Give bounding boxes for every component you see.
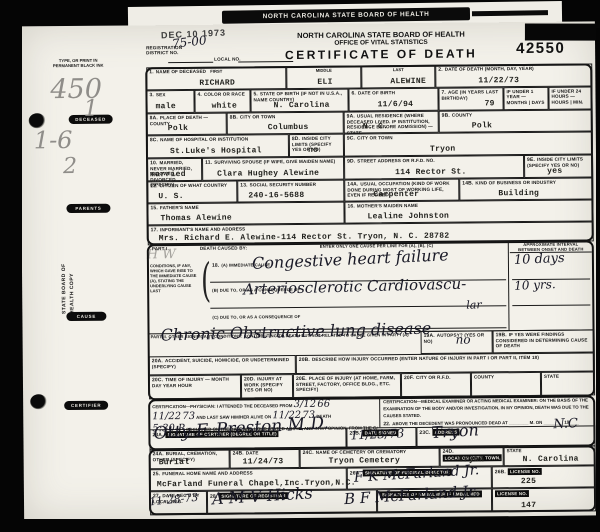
field-under-24-hours: IF UNDER 24 HOURS — HOURS | MIN.	[548, 86, 592, 109]
certificate-number: 42550	[516, 40, 565, 57]
me-pronounced-line: ABOVE THE DECEDENT WAS PRONOUNCED DEAD A…	[392, 420, 579, 427]
field-sex: 3.SEXmale	[146, 90, 194, 113]
pencil-mark-2: 2	[63, 154, 77, 179]
field-state-of-birth: 5.STATE OF BIRTH (IF NOT IN U.S.A., NAME…	[250, 89, 348, 113]
address-state-value: N.C	[553, 416, 578, 432]
name-first-sublabel: FIRST	[210, 69, 222, 74]
date-of-birth-num: 6.	[351, 91, 356, 97]
accident-type-label: ACCIDENT, SUICIDE, HOMICIDE, OR UNDETERM…	[152, 357, 289, 369]
field-ssn: 13.SOCIAL SECURITY NUMBER240-16-5688	[237, 180, 344, 203]
informant-label: INFORMANT'S NAME AND ADDRESS	[160, 226, 245, 232]
father-name-value: Thomas Alewine	[161, 214, 232, 224]
how-injury-num: 20b.	[299, 357, 310, 363]
sex-label: SEX	[156, 92, 166, 97]
citizen-of-label: CITIZEN OF WHAT COUNTRY	[160, 183, 228, 189]
field-residence-county: 9b.COUNTYPolk	[439, 109, 593, 132]
burial-date-num: 24b.	[233, 450, 244, 456]
funeral-home-num: 25.	[153, 471, 160, 477]
field-date-of-birth: 6.DATE OF BIRTH11/6/94	[348, 88, 438, 112]
name-first-value: RICHARD	[199, 79, 235, 88]
field-race: 4.COLOR OR RACEwhite	[194, 89, 250, 112]
name-last-value: ALEWINE	[390, 77, 426, 86]
burial-state-label: STATE	[507, 448, 522, 453]
address-num: 23c.	[419, 430, 430, 436]
race-num: 4.	[197, 92, 202, 98]
field-injury-at-work: 20d.INJURY AT WORK (SPECIFY YES OR NO)	[241, 374, 293, 398]
street-address-value: 114 Rector St.	[395, 168, 466, 178]
funeral-director-license-label: LICENSE NO.	[508, 468, 542, 475]
funeral-home-label: FUNERAL HOME NAME AND ADDRESS	[162, 470, 253, 476]
field-name-first: 1.NAME OF DECEASEDFIRSTRICHARD	[146, 66, 286, 90]
copy-designation-label: STATE BOARD OF HEALTH COPY	[60, 254, 91, 314]
scan-edge-right	[596, 28, 600, 532]
sex-value: male	[156, 102, 176, 111]
under-1-year-label: IF UNDER 1 YEAR — MONTHS | DAYS	[506, 89, 544, 105]
attended-from-label: I ATTENDED THE DECEASED FROM	[217, 403, 293, 409]
pencil-mark-1: 1	[83, 96, 98, 122]
residence-county-num: 9b.	[442, 113, 450, 119]
field-mother-name: 16.MOTHER'S MAIDEN NAMELealine Johnston	[344, 199, 593, 223]
cause-c-label: (c) DUE TO, OR AS A CONSEQUENCE OF	[212, 315, 300, 321]
surviving-spouse-value: Clara Hughey Alewine	[217, 169, 319, 179]
field-date-of-death: 2.DATE OF DEATH (MONTH, DAY, YEAR)11/22/…	[435, 63, 592, 87]
date-of-death-label: DATE OF DEATH (MONTH, DAY, YEAR)	[445, 66, 534, 72]
city-of-death-num: 8b.	[230, 115, 238, 121]
father-name-num: 15.	[150, 205, 157, 211]
date-of-birth-label: DATE OF BIRTH	[358, 90, 395, 95]
date-of-death-num: 2.	[438, 67, 443, 73]
embalmer-license-value: 147	[521, 501, 536, 510]
field-injury-county: COUNTY	[471, 372, 541, 397]
residence-county-label: COUNTY	[452, 112, 472, 117]
burial-date-label: DATE	[246, 450, 259, 455]
tab-certifier: CERTIFIER	[64, 401, 108, 410]
residence-inside-city-limits-value: yes	[547, 167, 562, 176]
hole-punch-bottom	[30, 394, 47, 409]
field-occupation: 14a.USUAL OCCUPATION (KIND OF WORK DONE …	[344, 179, 459, 202]
field-surviving-spouse: 11.SURVIVING SPOUSE (IF WIFE, GIVE MAIDE…	[202, 157, 344, 181]
field-age: 7.AGE (IN YEARS LAST BIRTHDAY)79	[438, 87, 503, 111]
race-value: white	[212, 102, 238, 111]
field-burial-date: 24b.DATE11/24/73	[230, 448, 300, 469]
interval-a-value: 10 days	[514, 251, 565, 268]
name-first-label: NAME OF DECEASED	[156, 69, 206, 74]
hospital-value: St.Luke's Hospital	[170, 146, 262, 156]
residence-city-value: Tryon	[430, 145, 456, 154]
field-street-address: 9d.STREET ADDRESS OR R.F.D. NO.114 Recto…	[344, 155, 524, 180]
attended-to-date: 11/22	[152, 411, 181, 422]
field-under-1-year: IF UNDER 1 YEAR — MONTHS | DAYS	[503, 87, 548, 110]
surviving-spouse-num: 11.	[205, 160, 212, 166]
time-of-injury-label: TIME OF INJURY — MONTH DAY YEAR HOUR	[152, 377, 229, 389]
field-injury-state: STATE	[541, 371, 595, 395]
field-accident-type: 20a.ACCIDENT, SUICIDE, HOMICIDE, OR UNDE…	[149, 355, 296, 375]
field-death-inside-city-limits: 8d.INSIDE CITY LIMITS (SPECIFY YES OR NO…	[289, 134, 344, 157]
informant-value: Mrs. Richard E. Alewine-114 Rector St. T…	[159, 232, 450, 244]
attended-from-date: 3/12	[294, 399, 317, 410]
autopsy-value: no	[456, 333, 471, 347]
part1-caused-by-label: DEATH CAUSED BY:	[200, 245, 247, 251]
pencil-mark-1-6: 1-6	[34, 126, 73, 154]
field-autopsy-findings: 19b.IF YES WERE FINDINGS CONSIDERED IN D…	[493, 329, 595, 353]
field-county-of-death: 8a.PLACE OF DEATH — COUNTYPolk	[147, 113, 227, 136]
field-embalmer-license: LICENSE NO.147	[492, 487, 596, 512]
date-of-death-value: 11/22/73	[478, 76, 519, 85]
hospital-label: NAME OF HOSPITAL OR INSTITUTION	[160, 136, 248, 142]
injury-state-label: STATE	[544, 374, 559, 379]
surviving-spouse-label: SURVIVING SPOUSE (IF WIFE, GIVE MAIDEN N…	[214, 159, 335, 165]
hospital-num: 8c.	[150, 137, 158, 143]
tab-cause: CAUSE	[66, 312, 106, 321]
field-hospital: 8c.NAME OF HOSPITAL OR INSTITUTIONSt.Luk…	[147, 134, 289, 158]
field-burial-state: STATEN. Carolina	[504, 445, 596, 466]
injury-county-label: COUNTY	[474, 374, 494, 379]
death-certificate-scan: NORTH CAROLINA STATE BOARD OF HEALTH DEC…	[0, 0, 600, 532]
place-of-injury-label: PLACE OF INJURY (AT HOME, FARM, STREET, …	[296, 375, 395, 392]
burial-date-value: 11/24/73	[243, 457, 284, 466]
cemetery-value: Tryon Cemetery	[329, 456, 400, 466]
mother-name-label: MOTHER'S MAIDEN NAME	[357, 203, 418, 209]
conditions-note: CONDITIONS, IF ANY, WHICH GAVE RISE TO T…	[150, 263, 198, 293]
industry-value: Building	[498, 189, 539, 198]
injury-city-label: CITY OR R.F.D.	[416, 375, 451, 380]
scan-edge-left	[0, 0, 22, 532]
funeral-director-license-value: 225	[521, 477, 536, 486]
citizen-of-num: 12.	[150, 183, 157, 189]
scan-artifact-block	[525, 24, 600, 41]
sex-num: 3.	[149, 92, 154, 98]
funeral-director-license-num: 26b.	[495, 469, 506, 475]
field-name-middle: MIDDLEELI	[286, 65, 361, 89]
autopsy-findings-label: IF YES WERE FINDINGS CONSIDERED IN DETER…	[496, 332, 588, 349]
county-of-death-value: Polk	[168, 124, 188, 133]
field-residence-state: 9a.USUAL RESIDENCE (WHERE DECEASED LIVED…	[344, 111, 439, 134]
me-cert-title: CERTIFICATION—MEDICAL EXAMINER OR ACTING…	[383, 398, 538, 404]
name-last-sublabel: LAST	[393, 67, 404, 72]
field-father-name: 15.FATHER'S NAMEThomas Alewine	[147, 202, 344, 226]
residence-state-value: N. C.	[363, 122, 389, 131]
field-marital-status: 10.MARRIED, NEVER MARRIED, WIDOWED, DIVO…	[147, 158, 202, 181]
how-injury-label: DESCRIBE HOW INJURY OCCURRED (ENTER NATU…	[312, 355, 539, 362]
part1-item-num: 18.	[212, 263, 219, 269]
name-first-num: 1.	[149, 69, 154, 75]
informant-num: 17.	[151, 227, 158, 233]
city-of-death-label: CITY OR TOWN	[240, 114, 276, 119]
field-city-of-death: 8b.CITY OR TOWNColumbus	[227, 112, 344, 135]
ssn-label: SOCIAL SECURITY NUMBER	[250, 182, 316, 188]
name-middle-value: ELI	[317, 78, 332, 87]
field-how-injury: 20b.DESCRIBE HOW INJURY OCCURRED (ENTER …	[296, 352, 595, 374]
field-residence-city: 9c.CITY OR TOWNTryon	[344, 131, 593, 156]
cause-b-cont: lar	[466, 298, 482, 311]
father-name-label: FATHER'S NAME	[160, 205, 199, 210]
date-of-birth-value: 11/6/94	[378, 100, 414, 109]
burial-state-value: N. Carolina	[523, 455, 579, 464]
ink-instruction: TYPE, OR PRINT IN PERMANENT BLACK INK	[50, 58, 106, 69]
cause-brace: (	[201, 253, 211, 307]
residence-city-label: CITY OR TOWN	[357, 135, 393, 140]
certificate-title: CERTIFICATE OF DEATH	[266, 46, 496, 62]
field-burial: 24a.BURIAL, CREMATION, OTHER (SPECIFY)Bu…	[150, 449, 230, 470]
local-no-label: LOCAL NO.	[214, 57, 241, 63]
injury-city-num: 20f.	[404, 375, 414, 381]
industry-num: 14b.	[462, 180, 473, 186]
street-address-label: STREET ADDRESS OR R.F.D. NO.	[357, 158, 435, 164]
field-citizen-of: 12.CITIZEN OF WHAT COUNTRYU. S.	[147, 181, 237, 204]
date-signed-value: 11/23/73	[350, 426, 404, 442]
state-of-birth-value: N. Carolina	[274, 101, 330, 110]
interval-b-value: 10 yrs.	[514, 277, 556, 293]
under-24-hours-label: IF UNDER 24 HOURS — HOURS | MIN.	[551, 89, 583, 105]
age-value: 79	[485, 99, 495, 108]
mother-name-num: 16.	[347, 204, 354, 210]
part1-label: PART I.	[152, 246, 169, 252]
residence-county-value: Polk	[472, 121, 492, 130]
race-label: COLOR OR RACE	[204, 91, 245, 96]
burial-value: Burial	[159, 458, 190, 467]
physician-cert-title: CERTIFICATION—PHYSICIAN:	[152, 404, 215, 410]
death-inside-city-limits-value: no	[308, 146, 318, 155]
field-industry: 14b.KIND OF BUSINESS OR INDUSTRYBuilding	[459, 177, 593, 200]
citizen-of-value: U. S.	[158, 192, 184, 201]
cemetery-num: 24c.	[303, 450, 314, 456]
residence-city-num: 9c.	[347, 136, 355, 142]
ssn-num: 13.	[240, 182, 247, 188]
street-address-num: 9d.	[347, 159, 355, 165]
attended-from-year: 66	[317, 399, 330, 410]
field-place-of-injury: 20e.PLACE OF INJURY (AT HOME, FARM, STRE…	[293, 373, 401, 398]
ssn-value: 240-16-5688	[248, 191, 304, 200]
marital-status-value: married	[150, 170, 186, 179]
field-funeral-director-license: 26b.LICENSE NO.225	[492, 465, 596, 488]
address-city-value: Tryon	[431, 420, 479, 442]
field-name-last: LASTALEWINE	[361, 65, 435, 89]
tab-parents: PARENTS	[66, 204, 110, 213]
occupation-value: Carpenter	[373, 190, 419, 199]
mother-name-value: Lealine Johnston	[368, 212, 450, 222]
cemetery-label: NAME OF CEMETERY OR CREMATORY	[316, 449, 407, 455]
industry-label: KIND OF BUSINESS OR INDUSTRY	[475, 180, 556, 186]
field-time-of-injury: 20c.TIME OF INJURY — MONTH DAY YEAR HOUR	[149, 375, 241, 400]
field-residence-inside-city-limits: 9e.INSIDE CITY LIMITS (SPECIFY YES OR NO…	[524, 154, 593, 178]
city-of-death-value: Columbus	[268, 123, 309, 132]
scan-edge-bottom	[0, 519, 600, 532]
embalmer-license-label: LICENSE NO.	[495, 490, 529, 497]
name-middle-sublabel: MIDDLE	[316, 68, 332, 73]
field-injury-city: 20f.CITY OR R.F.D.	[401, 373, 471, 398]
